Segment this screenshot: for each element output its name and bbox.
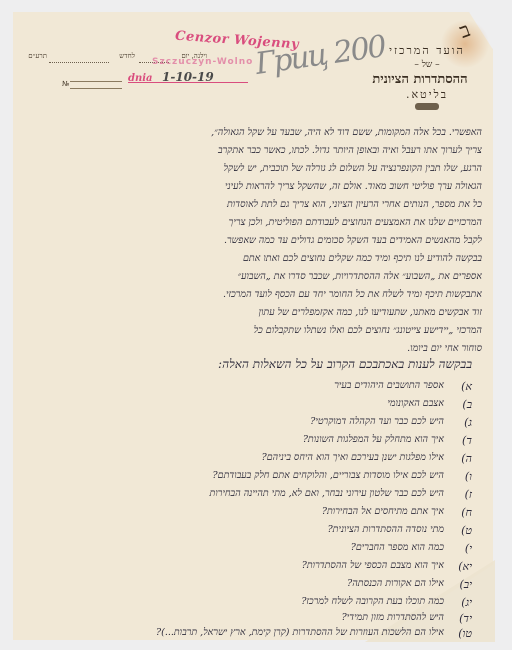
body-line: צריך לערוך אתו רעבל ואיה ובאופן היותר גד… bbox=[72, 145, 482, 156]
body-line: האפשרי. בכל אלה המקומות, ששם דוד לא היה,… bbox=[42, 127, 482, 138]
body-line: בבקשה להודיע לנו תיכף ומיד כמה שקלים נחו… bbox=[72, 253, 482, 264]
question-number: יג) bbox=[461, 596, 472, 609]
question-text: היש לכם כבר שלטון עירוני נבחר, ואם לא, מ… bbox=[210, 488, 444, 499]
question-number: יד) bbox=[459, 612, 472, 625]
letterhead-line-3: ההסתדרות הציונית bbox=[356, 71, 484, 87]
question-text: איך אתם מתיחסים אל הבחירות? bbox=[322, 506, 444, 517]
question-item: יא) איך הוא מצבם הכספי של ההסתדרות? bbox=[12, 560, 472, 576]
question-number: ו) bbox=[465, 470, 472, 483]
question-text: איך הוא מתחלק על המפלגות השונות? bbox=[303, 434, 444, 445]
question-text: היש להסתדרות מזון תמידי? bbox=[342, 612, 444, 623]
question-text: אספר התושבים היהודים בעיר bbox=[334, 380, 444, 391]
number-label: № bbox=[62, 80, 69, 88]
body-line: הרגע, שלו תבין הקונפרנציה על השלום לג גו… bbox=[72, 163, 482, 174]
body-line: סוחור אחי יום ביומו. bbox=[72, 343, 482, 354]
question-number: טו) bbox=[458, 627, 472, 640]
question-text: היש לכם אילו מוסדות צבוריים, והלוקחים את… bbox=[213, 470, 444, 481]
question-item: ה) אילו מפלגות ישנן בעירכם ואיך הוא היחס… bbox=[12, 452, 472, 468]
question-number: יב) bbox=[460, 578, 472, 591]
question-item: יב) אילו הם אקורות הכנסתה? bbox=[12, 578, 472, 594]
censor-stamp-place: Szczuczyn-Wolno bbox=[152, 57, 253, 67]
number-blank bbox=[70, 81, 122, 89]
body-line: הגאולה ערך פוליטי חשוב מאוד. אולם זה, שה… bbox=[72, 181, 482, 192]
question-text: אילו מפלגות ישנן בעירכם ואיך הוא היחס בי… bbox=[262, 452, 444, 463]
body-line: המרכזיים שלנו את האמצעים הנחוצים לעבודתם… bbox=[72, 217, 482, 228]
date-month-label: לחדש bbox=[119, 52, 135, 60]
question-text: כמה תוכלו בעת הקרובה לשלח למרכז? bbox=[301, 596, 444, 607]
question-number: ז) bbox=[465, 488, 472, 501]
number-line: № bbox=[62, 80, 69, 88]
letterhead-line-4: בליטא. bbox=[372, 88, 482, 101]
question-number: ה) bbox=[461, 452, 472, 465]
question-item: ח) איך אתם מתיחסים אל הבחירות? bbox=[12, 506, 472, 522]
question-number: א) bbox=[461, 380, 472, 393]
date-year-label: תרע״ם bbox=[28, 52, 47, 60]
question-item: ז) היש לכם כבר שלטון עירוני נבחר, ואם לא… bbox=[12, 488, 472, 504]
body-line: המרכזי „יידישע צייטונג״ נחוצים לכם ואלו … bbox=[72, 325, 482, 336]
question-number: ח) bbox=[461, 506, 472, 519]
question-text: אילו הם אקורות הכנסתה? bbox=[347, 578, 444, 589]
question-number: ד) bbox=[462, 434, 472, 447]
question-text: אצבם האקונומי bbox=[387, 398, 444, 409]
body-line: אספרים את „השבוע״ אלה ההסתדרויות, שכבר ס… bbox=[72, 271, 482, 282]
question-number: יא) bbox=[458, 560, 472, 573]
question-item: ו) היש לכם אילו מוסדות צבוריים, והלוקחים… bbox=[12, 470, 472, 486]
body-line: זוד אבקשים מאתנו, שתעודיעו לנו, כמה אקזמ… bbox=[72, 307, 482, 318]
question-item: י) כמה הוא מספר החברים? bbox=[12, 542, 472, 558]
question-number: ט) bbox=[461, 524, 472, 537]
question-item: ט) מתי נוסדה ההסתדרות הציונית? bbox=[12, 524, 472, 540]
question-text: איך הוא מצבם הכספי של ההסתדרות? bbox=[302, 560, 444, 571]
question-item: א) אספר התושבים היהודים בעיר bbox=[12, 380, 472, 396]
question-item: ג) היש לכם כבר ועד הקהלה דמוקרטי? bbox=[12, 416, 472, 432]
letterhead-line-1: הועד המרכזי bbox=[372, 44, 482, 57]
question-text: היש לכם כבר ועד הקהלה דמוקרטי? bbox=[310, 416, 444, 427]
letterhead-line-2: – של – bbox=[372, 59, 482, 70]
question-item: ד) איך הוא מתחלק על המפלגות השונות? bbox=[12, 434, 472, 450]
question-text: אילו הם הלשכות העוזרות של ההסתדרות (קרן … bbox=[156, 627, 444, 638]
questions-intro: בבקשה לענות באכתבכם הקרוב על כל השאלות ה… bbox=[218, 357, 472, 372]
body-line: לקבל מהאנשים האמידים בעד השקל סכומים גדו… bbox=[72, 235, 482, 246]
question-number: ב) bbox=[462, 398, 472, 411]
body-line: אתבקשות תיכף ומיד לשלח את כל החומר יחד ע… bbox=[42, 289, 482, 300]
question-item: ב) אצבם האקונומי bbox=[12, 398, 472, 414]
question-text: מתי נוסדה ההסתדרות הציונית? bbox=[328, 524, 444, 535]
letterhead-ornament-icon bbox=[415, 103, 439, 110]
censor-stamp-underline bbox=[128, 82, 248, 83]
question-item: יד) היש להסתדרות מזון תמידי? bbox=[12, 612, 472, 628]
question-item: טו) אילו הם הלשכות העוזרות של ההסתדרות (… bbox=[12, 627, 472, 643]
body-line: כל את מספר, הנותים אחרי הרעיון הציוני, ה… bbox=[42, 199, 482, 210]
question-item: יג) כמה תוכלו בעת הקרובה לשלח למרכז? bbox=[12, 596, 472, 612]
question-text: כמה הוא מספר החברים? bbox=[351, 542, 444, 553]
date-month-blank bbox=[49, 62, 109, 63]
question-number: י) bbox=[465, 542, 472, 555]
question-number: ג) bbox=[464, 416, 472, 429]
